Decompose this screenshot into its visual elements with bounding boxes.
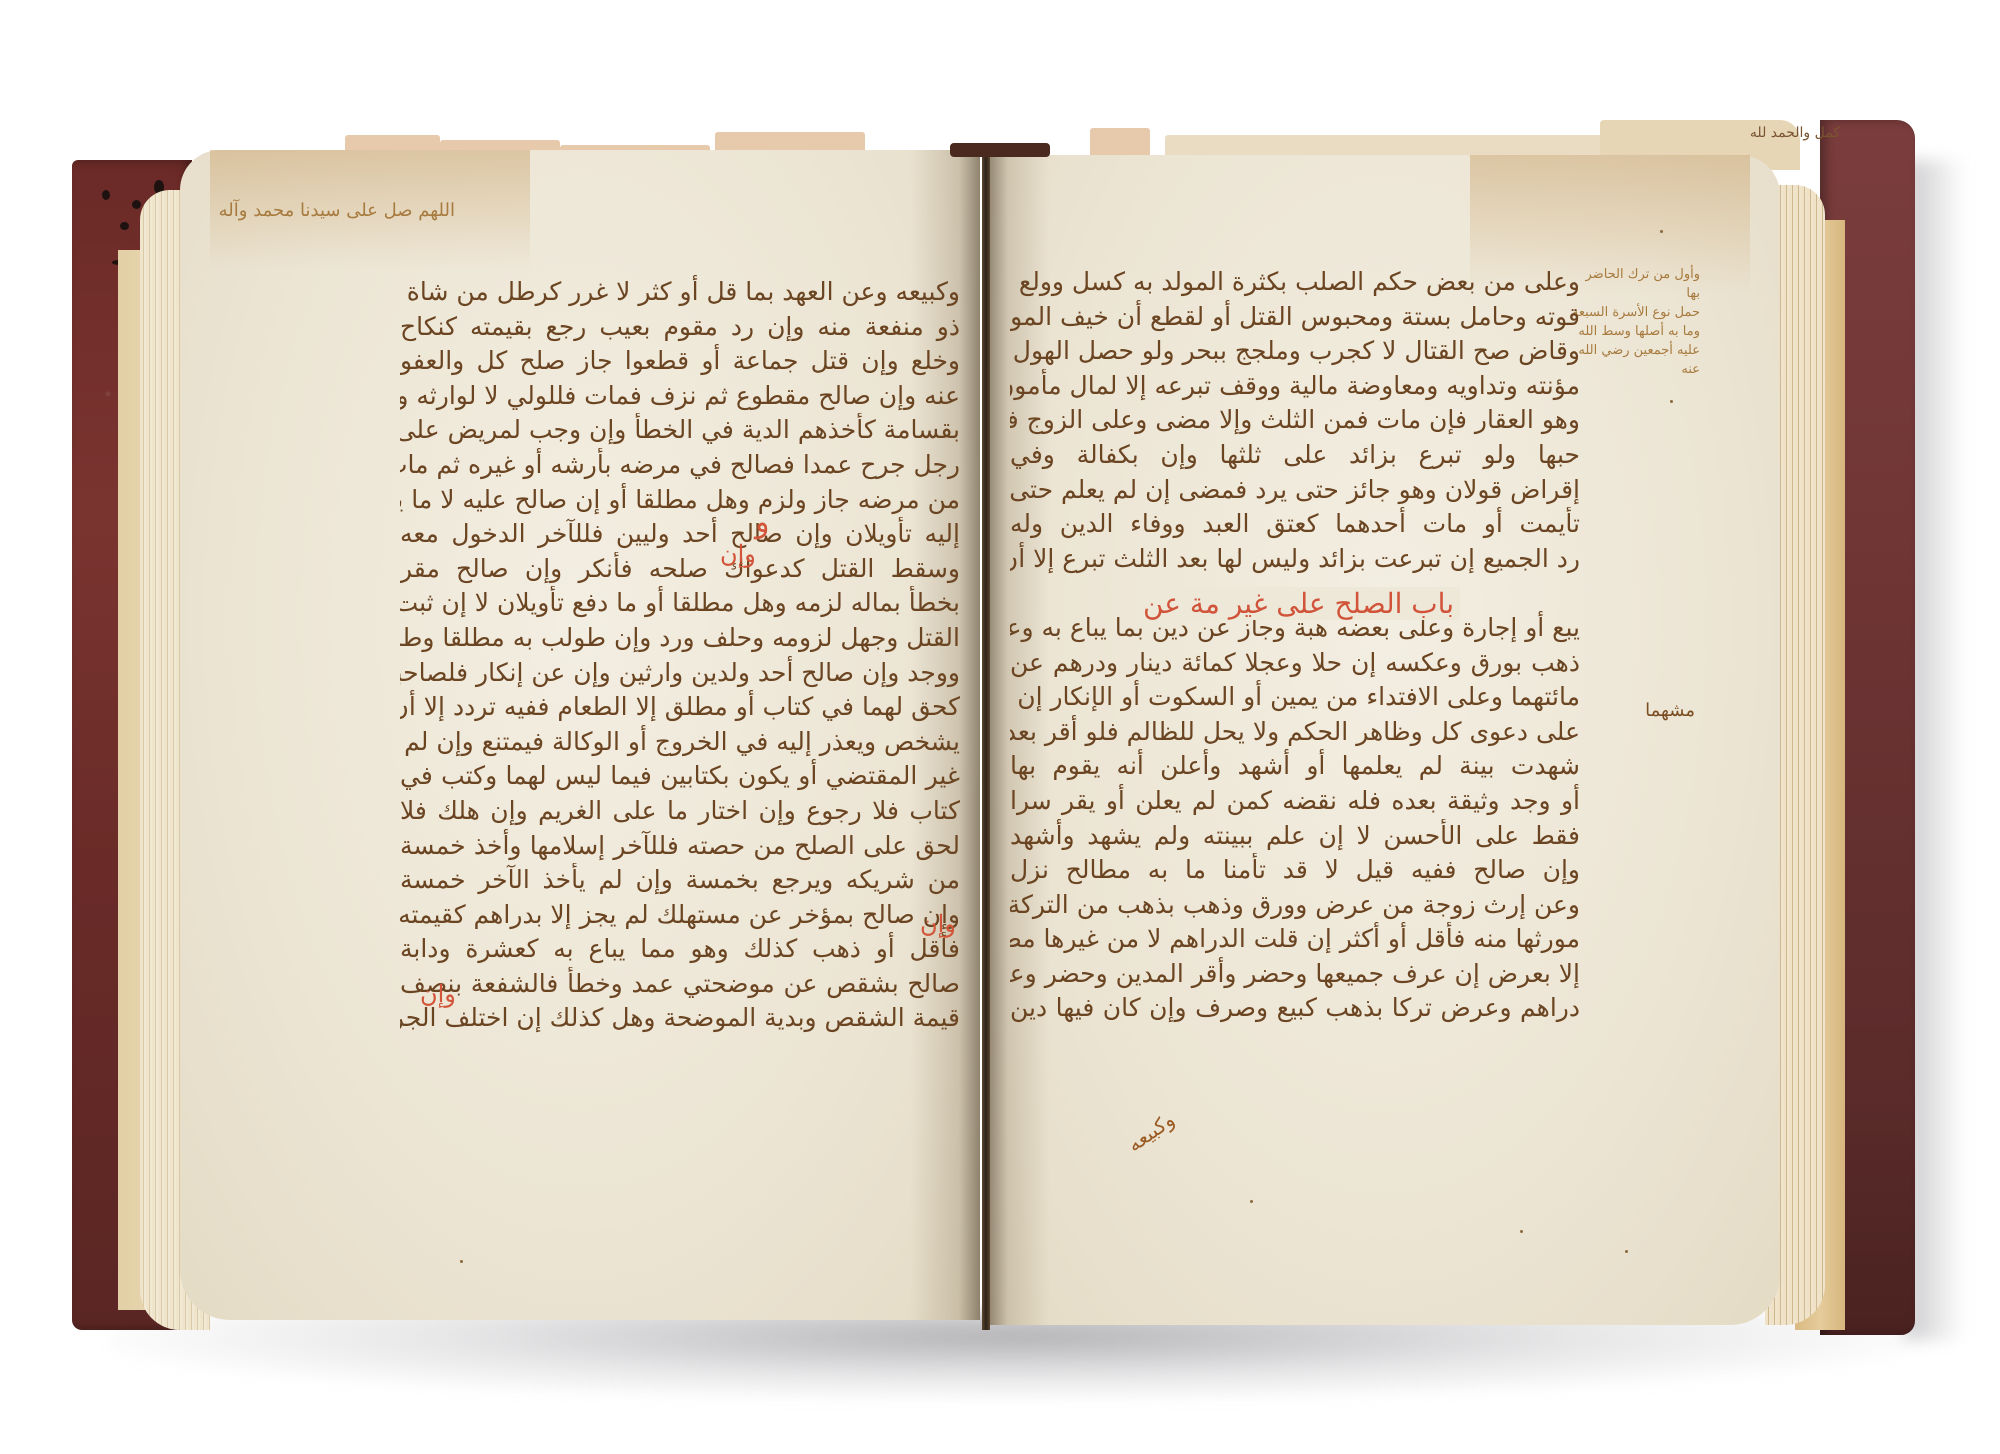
text-line: مؤنته وتداويه ومعاوضة مالية ووقف تبرعه إ… [1010,369,1580,404]
text-line: إلا بعرض إن عرف جميعها وحضر وأقر المدين … [1010,957,1580,992]
text-line: وكبيعه وعن العهد بما قل أو كثر لا غرر كر… [400,275,960,310]
book-gutter [982,150,990,1330]
text-line: شهدت بينة لم يعلمها أو أشهد وأعلن أنه يق… [1010,749,1580,784]
foxing-spot [460,1260,463,1263]
text-line: إليه تأويلان وإن صالح أحد وليين فللآخر ا… [400,517,960,552]
text-line: وإن صالح بمؤخر عن مستهلك لم يجز إلا بدرا… [400,898,960,933]
text-line: فأقل أو ذهب كذلك وهو مما يباع به كعشرة و… [400,932,960,967]
text-line: قيمة الشقص وبدية الموضحة وهل كذلك إن اخت… [400,1001,960,1036]
text-line: كحق لهما في كتاب أو مطلق إلا الطعام ففيه… [400,690,960,725]
text-line: ذهب بورق وعكسه إن حلا وعجلا كمائة دينار … [1010,646,1580,681]
text-line: أو وجد وثيقة بعده فله نقضه كمن لم يعلن أ… [1010,784,1580,819]
text-line: صالح بشقص عن موضحتي عمد وخطأ فالشفعة بنص… [400,967,960,1002]
margin-note-mid: مشهما [1605,700,1695,721]
text-line: وعن إرث زوجة من عرض وورق وذهب بذهب من ال… [1010,888,1580,923]
margin-note-line: عليه أجمعين رضي الله عنه [1570,341,1700,379]
rubric-word: وإن [920,910,956,938]
margin-note-blessing: اللهم صل على سيدنا محمد وآله [215,200,455,221]
text-line: رجل جرح عمدا فصالح في مرضه بأرشه أو غيره… [400,448,960,483]
text-line: تأيمت أو مات أحدهما كعتق العبد ووفاء الد… [1010,507,1580,542]
text-line: القتل وجهل لزومه وحلف ورد وإن طولب به مط… [400,621,960,656]
text-line: على دعوى كل وظاهر الحكم ولا يحل للظالم ف… [1010,715,1580,750]
top-edge-inscription: كمل والحمد لله [1700,125,1840,141]
text-line: وسقط القتل كدعواك صلحه فأنكر وإن صالح مق… [400,552,960,587]
text-line: قوته وحامل بستة ومحبوس القتل أو لقطع أن … [1010,300,1580,335]
text-line: فقط على الأحسن لا إن علم ببينته ولم يشهد… [1010,819,1580,854]
foxing-spot [1670,400,1673,403]
foxing-spot [1625,1250,1628,1253]
text-line: غير المقتضي أو يكون بكتابين فيما ليس لهم… [400,759,960,794]
foxing-spot [1250,1200,1253,1203]
margin-note-right: وأول من ترك الحاضر بها حمل نوع الأسرة ال… [1570,265,1700,379]
text-line: عنه وإن صالح مقطوع ثم نزف فمات فللولي لا… [400,379,960,414]
spine-headcap [950,143,1050,157]
text-line: بخطأ بماله لزمه وهل مطلقا أو ما دفع تأوي… [400,586,960,621]
worm-hole [102,190,110,200]
text-line: من مرضه جاز ولزم وهل مطلقا أو إن صالح عل… [400,483,960,518]
chapter-heading-rubric: باب الصلح على غير مة عن [990,585,1460,629]
text-line: وقاض صح القتال لا كجرب وملجج ببحر ولو حص… [1010,334,1580,369]
text-line: وخلع وإن قتل جماعة أو قطعوا جاز صلح كل و… [400,344,960,379]
worm-hole [120,222,129,230]
text-line: وهو العقار فإن مات فمن الثلث وإلا مضى وع… [1010,403,1580,438]
text-line: إقراض قولان وهو جائز حتى يرد فمضى إن لم … [1010,473,1580,508]
right-page-text: وعلى من بعض حكم الصلب بكثرة المولد به كس… [1010,265,1580,1026]
text-line: ووجد وإن صالح أحد ولدين وارثين وإن عن إن… [400,656,960,691]
manuscript-photo: اللهم صل على سيدنا محمد وآله كمل والحمد … [0,0,2000,1454]
chapter-heading-text: باب الصلح على غير مة عن [1137,587,1460,620]
rubric-word: و [755,505,770,540]
text-line: من شريكه ويرجع بخمسة وإن لم يأخذ الآخر خ… [400,863,960,898]
text-line: مائتهما وعلى الافتداء من يمين أو السكوت … [1010,680,1580,715]
text-line: وإن صالح ففيه قيل لا قد تأمنا ما به مطال… [1010,853,1580,888]
left-page-text: وكبيعه وعن العهد بما قل أو كثر لا غرر كر… [400,275,960,1036]
foxing-spot [1660,230,1663,233]
text-line: كتاب فلا رجوع وإن اختار ما على الغريم وإ… [400,794,960,829]
text-line: دراهم وعرض تركا بذهب كبيع وصرف وإن كان ف… [1010,991,1580,1026]
rubric-word: وإن [420,980,456,1008]
text-line: بقسامة كأخذهم الدية في الخطأ وإن وجب لمر… [400,413,960,448]
margin-note-line: وما به أصلها وسط الله [1570,322,1700,341]
text-line: حبها ولو تبرع بزائد على ثلثها وإن بكفالة… [1010,438,1580,473]
text-line: يشخص ويعذر إليه في الخروج أو الوكالة فيم… [400,725,960,760]
text-line: رد الجميع إن تبرعت بزائد وليس لها بعد ال… [1010,542,1580,577]
text-line: لحق على الصلح من حصته فللآخر إسلامها وأخ… [400,829,960,864]
text-line: ذو منفعة منه وإن رد مقوم بعيب رجع بقيمته… [400,310,960,345]
rubric-word: وإن [720,540,756,568]
margin-note-line: حمل نوع الأسرة السبعة [1570,303,1700,322]
margin-note-line: وأول من ترك الحاضر بها [1570,265,1700,303]
foxing-spot [1520,1230,1523,1233]
text-line: وعلى من بعض حكم الصلب بكثرة المولد به كس… [1010,265,1580,300]
text-line: مورثها منه فأقل أو أكثر إن قلت الدراهم ل… [1010,922,1580,957]
worm-hole [132,200,141,209]
